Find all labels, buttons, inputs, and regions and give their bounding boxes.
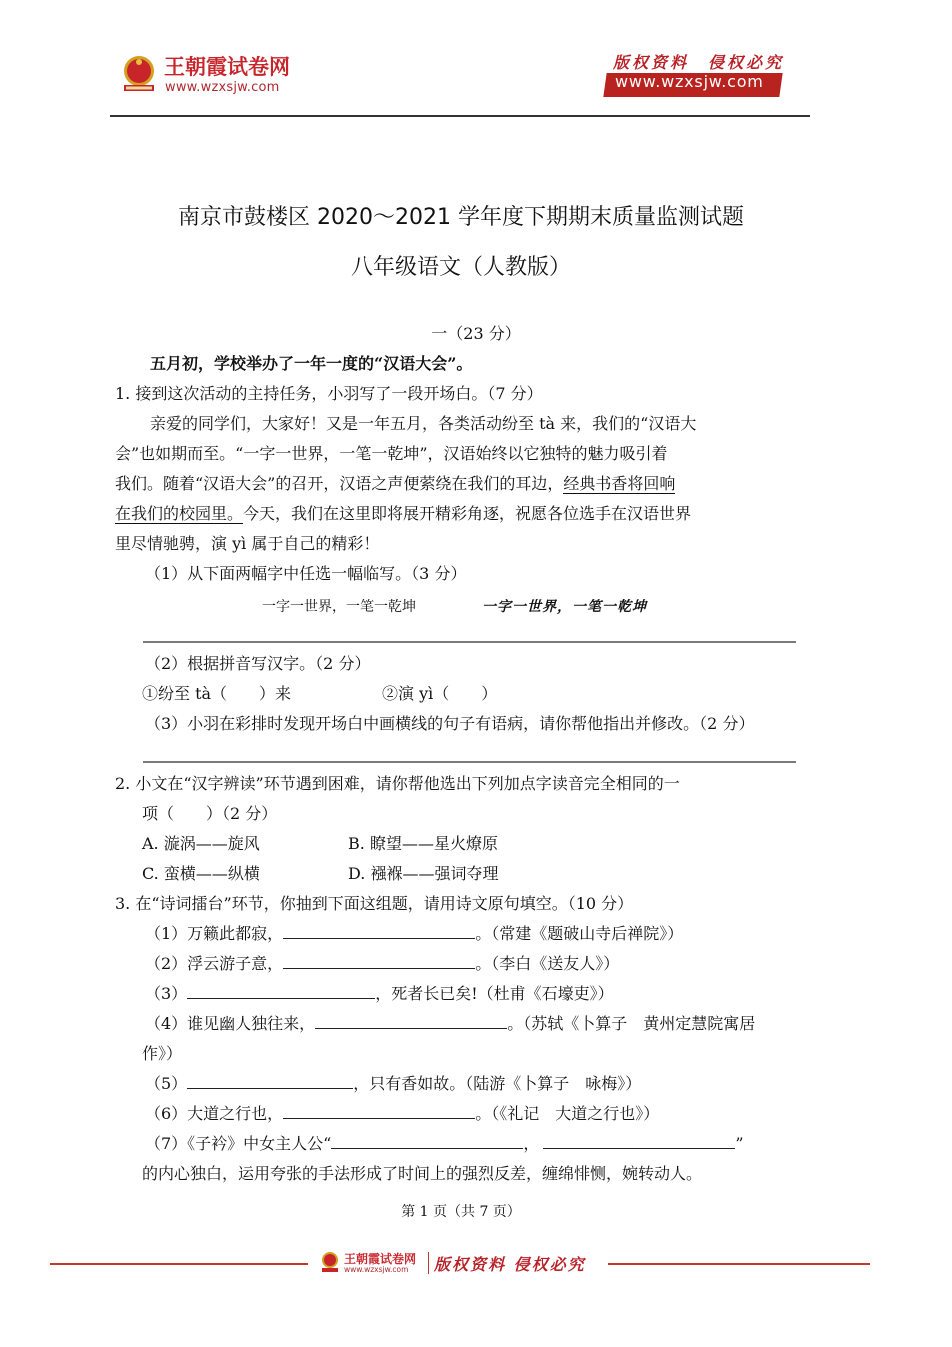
q3-item-4: （4）谁见幽人独往来，。（苏轼《卜算子 黄州定慧院寓居: [145, 1014, 755, 1034]
answer-line[interactable]: [143, 761, 796, 763]
option-text: 蛮横——纵横: [164, 864, 260, 883]
passage-text: 今天，我们在这里即将展开精彩角逐，祝愿各位选手在汉语世界: [243, 504, 691, 523]
calligraphy-bold: 一字一世界，一笔一乾坤: [482, 596, 647, 616]
fill-blank[interactable]: [283, 954, 475, 969]
q3-item-1: （1）万籁此都寂，。（常建《题破山寺后禅院》）: [145, 924, 683, 944]
option-a[interactable]: A. 漩涡——旋风: [142, 834, 260, 854]
q3-item-2: （2）浮云游子意，。（李白《送友人》）: [145, 954, 619, 974]
item-suffix: ，只有香如故。（陆游《卜算子 咏梅》）: [353, 1074, 641, 1093]
fill-blank[interactable]: [315, 1014, 507, 1029]
item-prefix: （2）浮云游子意，: [145, 954, 283, 973]
fill-blank[interactable]: [187, 984, 375, 999]
option-c[interactable]: C. 蛮横——纵横: [142, 864, 260, 884]
q1-sub2: （2）根据拼音写汉字。（2 分）: [145, 654, 370, 674]
option-label: C.: [142, 864, 159, 883]
option-b[interactable]: B. 瞭望——星火燎原: [348, 834, 498, 854]
q1-sub2-item-1: ①纷至 tà（ ）来: [142, 684, 291, 704]
item-suffix: ，死者长已矣!（杜甫《石壕吏》）: [375, 984, 613, 1003]
item-suffix: ”: [735, 1134, 743, 1153]
brand-url: www.wzxsjw.com: [165, 80, 280, 95]
footer-separator: [428, 1252, 429, 1274]
underlined-sentence: 经典书香将回响: [563, 474, 675, 494]
question-2-stem: 2. 小文在“汉字辨读”环节遇到困难，请你帮他选出下列加点字读音完全相同的一: [115, 774, 680, 794]
option-d[interactable]: D. 襁褓——强词夺理: [348, 864, 498, 884]
fill-blank[interactable]: [283, 924, 475, 939]
copyright-notice: 版权资料 侵权必究: [613, 50, 784, 73]
question-1-stem: 1. 接到这次活动的主持任务，小羽写了一段开场白。（7 分）: [115, 384, 543, 404]
footer-copyright: 版权资料 侵权必究: [434, 1252, 586, 1275]
fill-blank[interactable]: [187, 1074, 353, 1089]
q1-sub3: （3）小羽在彩排时发现开场白中画横线的句子有语病，请你帮他指出并修改。（2 分）: [145, 714, 754, 734]
q1-sub2-item-2: ②演 yì（ ）: [382, 684, 497, 704]
q3-item-5: （5），只有香如故。（陆游《卜算子 咏梅》）: [145, 1074, 641, 1094]
passage-line: 亲爱的同学们，大家好！又是一年五月，各类活动纷至 tà 来，我们的“汉语大: [150, 414, 696, 434]
item-prefix: （3）: [145, 984, 187, 1003]
question-2-stem-cont: 项（ ）（2 分）: [142, 804, 277, 824]
answer-line[interactable]: [143, 641, 796, 643]
footer-rule-right: [608, 1263, 870, 1265]
footer-rule-left: [50, 1263, 308, 1265]
item-middle: ，: [523, 1134, 539, 1153]
underlined-sentence: 在我们的校园里。: [115, 504, 243, 524]
option-label: A.: [142, 834, 159, 853]
header-divider: [110, 115, 810, 117]
q3-item-4-cont: 作》）: [142, 1044, 182, 1064]
q3-item-6: （6）大道之行也，。（《礼记 大道之行也》）: [145, 1104, 659, 1124]
page-indicator: 第 1 页（共 7 页）: [0, 1202, 922, 1222]
option-label: D.: [348, 864, 365, 883]
passage-line: 在我们的校园里。今天，我们在这里即将展开精彩角逐，祝愿各位选手在汉语世界: [115, 504, 691, 524]
calligraphy-regular: 一字一世界，一笔一乾坤: [262, 596, 416, 616]
passage-text: 我们。随着“汉语大会”的召开，汉语之声便萦绕在我们的耳边，: [115, 474, 563, 493]
item-prefix: （6）大道之行也，: [145, 1104, 283, 1123]
q3-item-3: （3），死者长已矣!（杜甫《石壕吏》）: [145, 984, 614, 1004]
section-heading: 一（23 分）: [0, 324, 952, 344]
item-prefix: （4）谁见幽人独往来，: [145, 1014, 315, 1033]
footer-logo: 王朝霞试卷网 www.wzxsjw.com 版权资料 侵权必究: [320, 1250, 605, 1280]
item-suffix: 。（李白《送友人》）: [475, 954, 619, 973]
item-suffix: 。（苏轼《卜算子 黄州定慧院寓居: [507, 1014, 755, 1033]
fill-blank[interactable]: [283, 1104, 475, 1119]
passage-line: 会”也如期而至。“一字一世界，一笔一乾坤”，汉语始终以它独特的魅力吸引着: [115, 444, 668, 464]
option-text: 漩涡——旋风: [164, 834, 260, 853]
section-intro: 五月初，学校举办了一年一度的“汉语大会”。: [150, 354, 472, 374]
q1-sub1: （1）从下面两幅字中任选一幅临写。（3 分）: [145, 564, 466, 584]
item-suffix: 。（常建《题破山寺后禅院》）: [475, 924, 683, 943]
option-label: B.: [348, 834, 365, 853]
item-suffix: 。（《礼记 大道之行也》）: [475, 1104, 659, 1123]
emblem-icon: [120, 54, 158, 94]
passage-line: 我们。随着“汉语大会”的召开，汉语之声便萦绕在我们的耳边，经典书香将回响: [115, 474, 675, 494]
brand-name: 王朝霞试卷网: [164, 55, 290, 79]
item-prefix: （5）: [145, 1074, 187, 1093]
copyright-banner: 版权资料 侵权必究 www.wzxsjw.com: [605, 48, 785, 104]
question-3-stem: 3. 在“诗词擂台”环节，你抽到下面这组题，请用诗文原句填空。（10 分）: [115, 894, 633, 914]
q3-item-7-cont: 的内心独白，运用夸张的手法形成了时间上的强烈反差，缠绵悱恻，婉转动人。: [142, 1164, 702, 1184]
item-prefix: （7）《子衿》中女主人公“: [145, 1134, 331, 1153]
option-text: 瞭望——星火燎原: [370, 834, 498, 853]
fill-blank[interactable]: [331, 1134, 523, 1149]
q3-item-7: （7）《子衿》中女主人公“，”: [145, 1134, 744, 1154]
option-text: 襁褓——强词夺理: [370, 864, 498, 883]
passage-line: 里尽情驰骋，演 yì 属于自己的精彩！: [115, 534, 379, 554]
exam-subtitle: 八年级语文（人教版）: [0, 250, 922, 281]
site-logo: 王朝霞试卷网 www.wzxsjw.com: [118, 52, 308, 102]
footer-brand-url: www.wzxsjw.com: [344, 1265, 408, 1274]
banner-url: www.wzxsjw.com: [615, 72, 764, 91]
exam-title: 南京市鼓楼区 2020～2021 学年度下期期末质量监测试题: [0, 200, 922, 231]
emblem-icon: [320, 1251, 340, 1273]
item-prefix: （1）万籁此都寂，: [145, 924, 283, 943]
fill-blank[interactable]: [543, 1134, 735, 1149]
